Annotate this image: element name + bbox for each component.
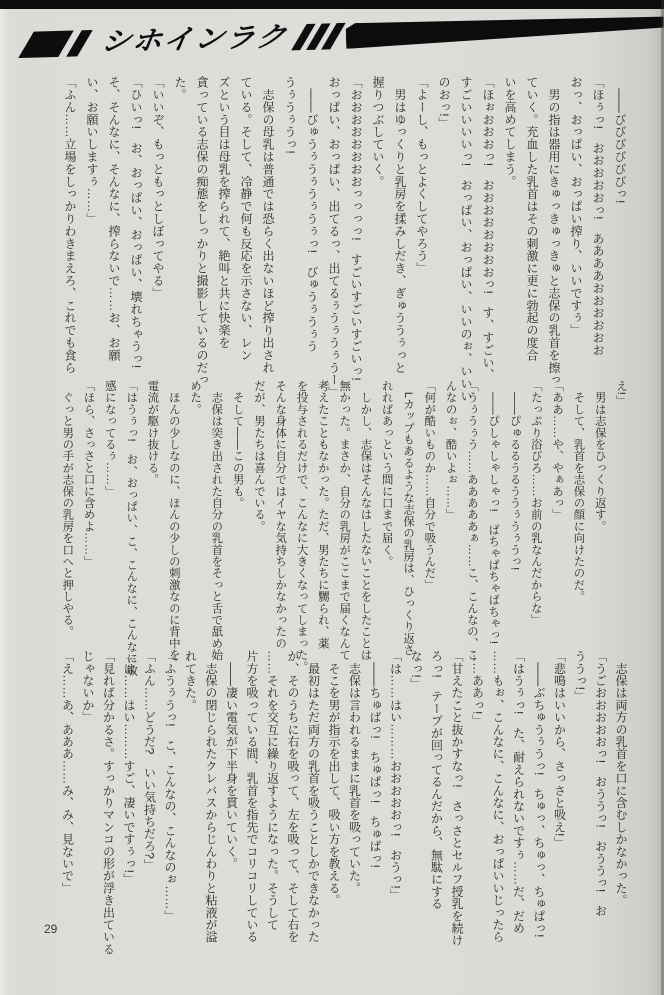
text-column: 片方を吸っている間、乳首を指先でコリコリしている	[242, 650, 263, 944]
text-column: え!」	[610, 380, 631, 646]
text-column: 男の指は器用にきゅっきゅっきゅと志保の乳首を擦っ	[543, 76, 565, 374]
text-column: 「うぅうぅう……あああああぁ……こ、こんなの、こ	[461, 380, 482, 646]
text-column: 志保の閉じられたクレバスからじんわりと粘液が溢	[201, 650, 222, 944]
text-column: ている。そして、冷静で何も反応を示さない、レン	[235, 76, 257, 374]
text-column: 「え……あ、あああ……み、み、見ないで」	[57, 650, 78, 944]
logo-parallelogram-icon	[18, 30, 73, 58]
text-column: 「何が酷いものか……自分で吸うんだ」	[418, 380, 439, 646]
text-column: ……もぉ、こんなに、こんなに、おっぱいいじったら	[488, 650, 509, 944]
text-column: ――ぶちゅうぅうっ! ちゅっ、ちゅっ、ちゅぱっ!	[529, 650, 550, 944]
text-column: おっ、おっぱい、おっぱい搾り、いいですぅ」	[565, 76, 587, 374]
text-column: 志保の母乳は普通では恐らく出ないほど搾り出され	[257, 76, 279, 374]
text-column: んなのぉ、酷いよぉ……」	[439, 380, 460, 646]
text-column: 貪っている志保の痴態をしっかりと撮影しているのだっ	[191, 76, 213, 374]
text-column: 「うごおおおおおっ! おううっ! おううっ! お	[590, 650, 611, 944]
text-column: いを高めてしまう。	[499, 76, 521, 374]
text-column: 志保は突き出された自分の乳首をそっと舌で舐め始	[205, 380, 226, 646]
text-column: 「ほぅっ! おおおおおっ! ああああおおおおおお	[587, 76, 609, 374]
logo-triple-slash-icon	[293, 23, 339, 50]
text-column: ろっ! テープが回ってるんだから、無駄にする	[426, 650, 447, 944]
text-column: 男は志保をひっくり返す。	[588, 380, 609, 646]
text-band-middle: え!」 男は志保をひっくり返す。 そして、乳首を志保の顔に向けたのだ。「ああ………	[44, 380, 631, 646]
text-column: なっ!」	[406, 650, 427, 944]
text-column: 「は……はい………すご、凄いですぅっ!」	[119, 650, 140, 944]
text-column: そこを男が指示を出して、吸い方を教える。	[324, 650, 345, 944]
text-column: ――びびびびびびっ!	[609, 76, 631, 374]
text-column: れてきた。	[180, 650, 201, 944]
text-column: ズという目は母乳を搾られて、絶叫と共に快楽を	[213, 76, 235, 374]
text-column: すごいいいいっ! おっぱい、おっぱい、いいのぉ、いいい	[455, 76, 477, 374]
text-column: そして、乳首を志保の顔に向けたのだ。	[567, 380, 588, 646]
text-column: 「ふん……立場をしっかりわきまえろ、これでも食ら	[59, 76, 81, 374]
text-column: た。	[169, 76, 191, 374]
text-column: ――凄い電気が下半身を貫いていく。	[221, 650, 242, 944]
text-column: 「いいぞ、もっともっとしぼってやる」	[147, 76, 169, 374]
text-column: 感になってるぅ……」	[99, 380, 120, 646]
text-column: のおっ!」	[433, 76, 455, 374]
text-column: ほんの少しなのに、ほんの少しの刺激なのに背中を	[162, 380, 183, 646]
text-column: 「よーし、もっとよくしてやろう」	[411, 76, 433, 374]
text-column: 「甘えたこと抜かすなっ! さっさとセルフ授乳を続け	[447, 650, 468, 944]
text-column: じゃないか」	[78, 650, 99, 944]
text-column: 「ああ……や、やぁあっ」	[546, 380, 567, 646]
text-column: い、お願いしますぅ……」	[81, 76, 103, 374]
text-column: ……ああっ!」	[467, 650, 488, 944]
text-column: 握りつぶしていく。	[367, 76, 389, 374]
text-column: そ、そんなに、そんなに、搾らないで……お、お願	[103, 76, 125, 374]
text-column: 「ひいっ! お、おっぱい、おっぱい、壊れちゃうっ!	[125, 76, 147, 374]
text-column: おっぱい、おっぱい、出てるっ、出てるぅうぅうぅうー」	[323, 76, 345, 374]
text-column: ……それを交互に繰り返すようになった。そうして	[262, 650, 283, 944]
text-column: めた。	[184, 380, 205, 646]
text-column: 考えたこともなかった。ただ、男たちに嬲られ、薬	[312, 380, 333, 646]
text-column: 「たっぷり浴びろ……お前の乳なんだからな」	[525, 380, 546, 646]
text-column: 「悲鳴はいいから、さっさと吸え!」	[549, 650, 570, 944]
page-number: 29	[44, 922, 57, 936]
text-column: 「ふん……どうだ? いい気持ちだろ?」	[139, 650, 160, 944]
logo-title: シホインラク	[99, 24, 289, 57]
logo: シホインラク	[16, 10, 664, 62]
text-column: そして――この男も。	[226, 380, 247, 646]
text-column: が、そのうちに右を吸って、左を吸って、そして右を	[283, 650, 304, 944]
text-column: 「見れば分かるさ。すっかりマンコの形が浮き出ている	[98, 650, 119, 944]
logo-header-bar	[346, 14, 664, 49]
top-rule	[0, 0, 664, 9]
text-column: 最初はただ両方の乳首を吸うことしかできなかった	[303, 650, 324, 944]
text-band-top: ――びびびびびびっ!「ほぅっ! おおおおおっ! ああああおおおおおおおっ、おっぱ…	[44, 76, 631, 374]
text-column: 「は……はい………おおおおおっ! おうっ!」	[385, 650, 406, 944]
text-column: 志保は両方の乳首を口に含むしかなかった。	[611, 650, 632, 944]
text-column: ううっ!」	[570, 650, 591, 944]
scanned-doujinshi-page: { "header": { "logo_text": "シホインラク", "ba…	[0, 0, 664, 995]
text-column: だが、男たちは喜んでいる。	[248, 380, 269, 646]
text-column: 「はうぅっ! た、耐えられないですぅ……だ、だめ	[508, 650, 529, 944]
text-column: ぐっと男の手が志保の乳房を口へと押しやる。	[56, 380, 77, 646]
text-column: 「はうぅっ! お、おっぱい、こ、こんなに、こんなに敏	[120, 380, 141, 646]
text-column: 「ふうぅうっ! こ、こんなの、こんなのぉ……」	[160, 650, 181, 944]
text-column: ――びゅうぅうぅうぅうぅっ! びゅうぅうぅう	[301, 76, 323, 374]
text-column: 男はゆっくりと乳房を揉みしだき、ぎゅううぅっと	[389, 76, 411, 374]
text-column: ていく。充血した乳首はその刺激に更に勃起の度合	[521, 76, 543, 374]
text-column: 志保は言われるままに乳首を吸っていた。	[344, 650, 365, 944]
text-column: を投与されるだけで、こんなに大きくなってしまった。	[290, 380, 311, 646]
text-band-bottom: 志保は両方の乳首を口に含むしかなかった。「うごおおおおおっ! おううっ! おうう…	[44, 650, 631, 944]
text-column: 電流が駆け抜ける。	[141, 380, 162, 646]
text-column: ――ぴしゃしゃしゃっ! ぱちゃぱちゃぱちゃっ!	[482, 380, 503, 646]
text-column: ――ぴゅるるうるううぅうぅうっ!	[503, 380, 524, 646]
text-column: 「おおおおおおおおっっっっ! すごいすごいすごいっ!	[345, 76, 367, 374]
text-column: ――ちゅばっ! ちゅぱっ! ちゅぱっ!	[365, 650, 386, 944]
text-column: うぅうぅうっ!	[279, 76, 301, 374]
text-column: Lカップもあるような志保の乳房は、ひっくり返さ	[397, 380, 418, 646]
text-column: 「ほら、さっさと口に含めよ……」	[77, 380, 98, 646]
text-column: そんな身体に自分ではイヤな気持ちしかなかったの	[269, 380, 290, 646]
text-column: 無かった。まさか、自分の乳房がここまで届くなんて	[333, 380, 354, 646]
text-column: 「ほぉおおおっ! おおおおおおおおっ! す、すごい、	[477, 76, 499, 374]
text-column: しかし、志保はそんなはしたないことをしたことは	[354, 380, 375, 646]
text-column: れればあっという間に口まで届く。	[375, 380, 396, 646]
